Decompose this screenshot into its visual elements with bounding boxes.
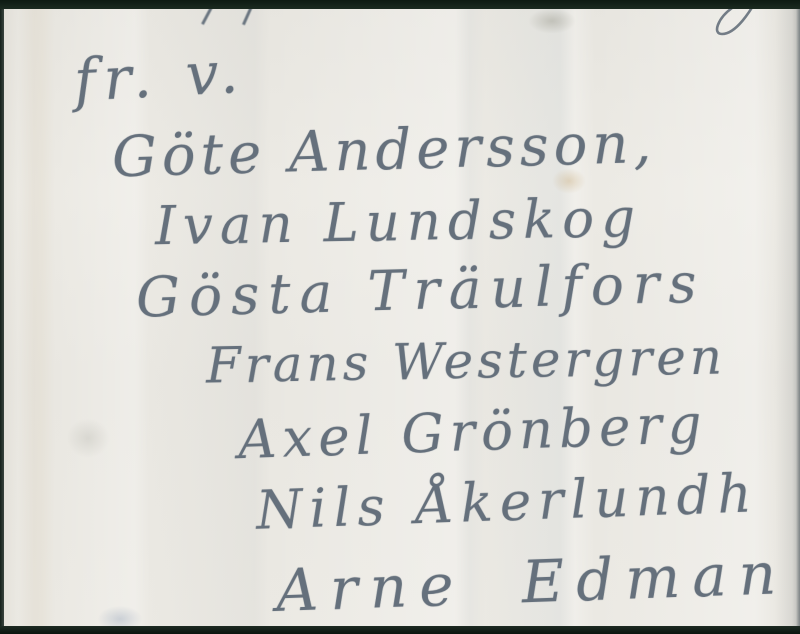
handwritten-line-name-5: Axel Grönberg: [237, 394, 708, 471]
handwritten-line-abbreviation: fr. v.: [72, 38, 247, 115]
handwritten-line-name-4: Frans Westergren: [206, 327, 727, 394]
paper-stain: [528, 8, 576, 34]
photo-edge-right: [796, 0, 800, 634]
paper-stain: [66, 418, 110, 458]
photo-edge-left: [0, 0, 4, 634]
photo-edge-bottom: [0, 626, 800, 634]
photo-of-handwritten-note: fr. v. Göte Andersson, Ivan Lundskog Gös…: [0, 0, 800, 634]
handwritten-line-name-6: Nils Åkerlundh: [255, 463, 760, 542]
handwritten-line-name-2: Ivan Lundskog: [155, 188, 643, 257]
handwritten-line-name-3: Gösta Träulfors: [135, 251, 706, 330]
handwritten-line-name-7: Arne Edman: [275, 539, 789, 625]
photo-edge-top: [0, 0, 800, 9]
handwritten-line-name-1: Göte Andersson,: [111, 111, 657, 190]
